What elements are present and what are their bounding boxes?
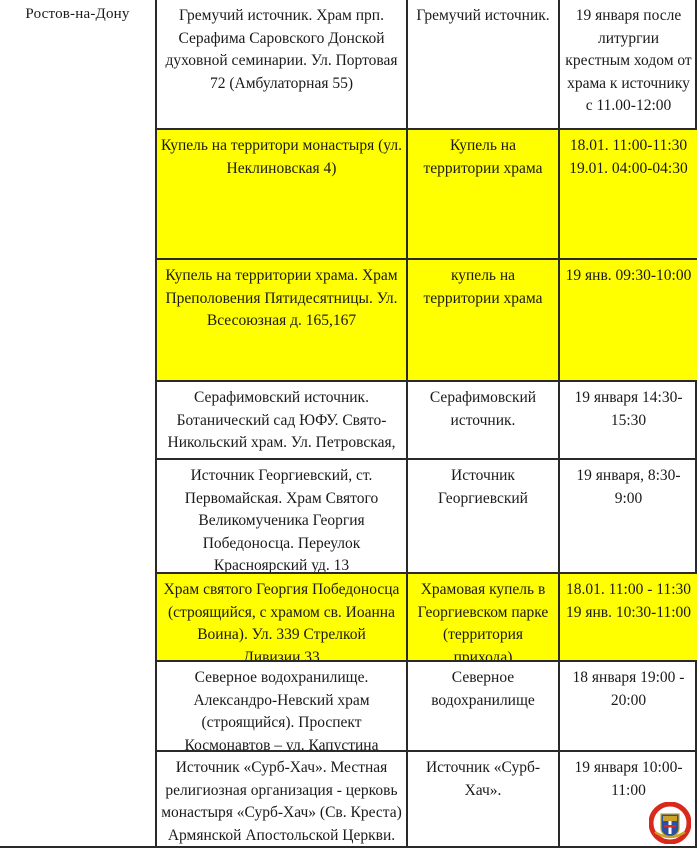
time-cell: 18 января 19:00 - 20:00 <box>560 662 697 750</box>
place-cell: Северное водохранилище <box>408 662 560 750</box>
table-row: Купель на территории храма. Храм Преполо… <box>157 258 697 380</box>
place-cell: купель на территории храма <box>408 260 560 380</box>
place-cell: Купель на территории храма <box>408 130 560 258</box>
table-row: Гремучий источник. Храм прп. Серафима Са… <box>157 0 697 128</box>
address-cell: Храм святого Георгия Победоносца (строящ… <box>157 574 408 660</box>
place-cell: Храмовая купель в Георгиевском парке (те… <box>408 574 560 660</box>
table-row: Источник Георгиевский, ст. Первомайская.… <box>157 458 697 572</box>
address-cell: Источник «Сурб-Хач». Местная религиозная… <box>157 752 408 848</box>
table-row: Купель на территори монастыря (ул. Некли… <box>157 128 697 258</box>
address-cell: Гремучий источник. Храм прп. Серафима Са… <box>157 0 408 128</box>
address-cell: Купель на территории храма. Храм Преполо… <box>157 260 408 380</box>
address-cell: Купель на территори монастыря (ул. Некли… <box>157 130 408 258</box>
time-cell: 19 янв. 09:30-10:00 <box>560 260 697 380</box>
table-row: Северное водохранилище. Александро-Невск… <box>157 660 697 750</box>
city-cell: Ростов-на-Дону <box>0 0 157 848</box>
table-row: Серафимовский источник. Ботанический сад… <box>157 380 697 458</box>
table-row: Храм святого Георгия Победоносца (строящ… <box>157 572 697 660</box>
place-cell: Источник «Сурб-Хач». <box>408 752 560 848</box>
address-cell: Северное водохранилище. Александро-Невск… <box>157 662 408 750</box>
schedule-page: Ростов-на-Дону Гремучий источник. Храм п… <box>0 0 699 850</box>
time-cell: 19 января 14:30-15:30 <box>560 382 697 458</box>
address-cell: Источник Георгиевский, ст. Первомайская.… <box>157 460 408 572</box>
time-cell: 19 января после литургии крестным ходом … <box>560 0 697 128</box>
rostov-region-emblem-icon <box>649 802 691 844</box>
time-cell: 19 января, 8:30-9:00 <box>560 460 697 572</box>
time-cell: 18.01. 11:00-11:30 19.01. 04:00-04:30 <box>560 130 697 258</box>
time-cell: 18.01. 11:00 - 11:30 19 янв. 10:30-11:00 <box>560 574 697 660</box>
address-cell: Серафимовский источник. Ботанический сад… <box>157 382 408 458</box>
table-row: Источник «Сурб-Хач». Местная религиозная… <box>157 750 697 848</box>
place-cell: Гремучий источник. <box>408 0 560 128</box>
place-cell: Серафимовский источник. <box>408 382 560 458</box>
place-cell: Источник Георгиевский <box>408 460 560 572</box>
